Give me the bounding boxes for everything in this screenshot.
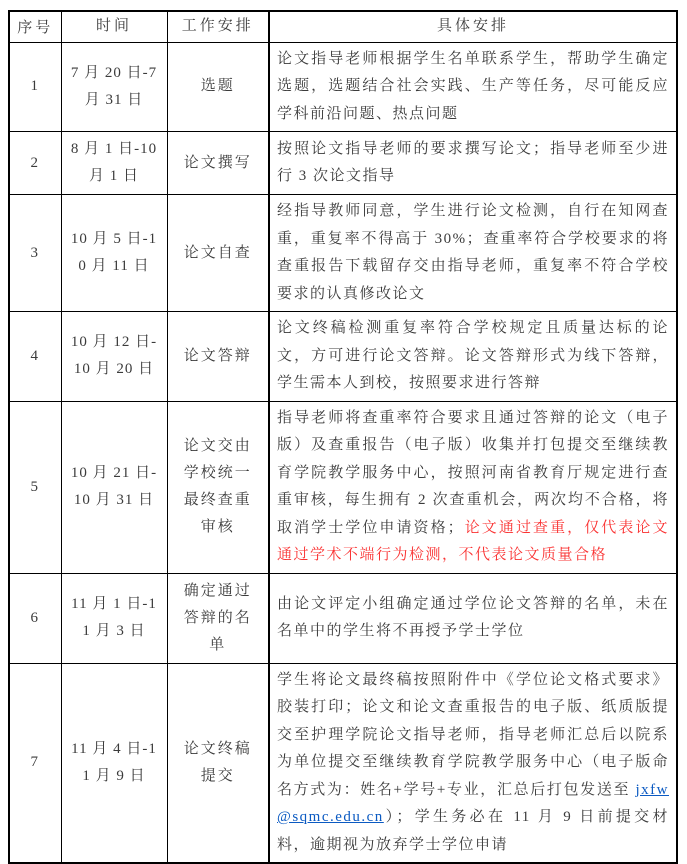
schedule-table: 序号 时间 工作安排 具体安排 17 月 20 日-7 月 31 日选题论文指导… [8,10,678,864]
task-cell: 论文终稿提交 [167,663,269,863]
row-number-cell-text: 5 [31,479,41,495]
time-cell: 10 月 21 日-10 月 31 日 [61,401,167,573]
row-number-cell-text: 1 [31,78,41,94]
task-cell-text: 论文交由学校统一最终查重审核 [184,438,252,535]
detail-cell: 按照论文指导老师的要求撰写论文；指导老师至少进行 3 次论文指导 [269,132,677,195]
task-cell-text: 论文撰写 [184,155,252,171]
col-header-no: 序号 [9,11,61,42]
detail-cell: 学生将论文最终稿按照附件中《学位论文格式要求》胶装打印；论文和论文查重报告的电子… [269,663,677,863]
row-number-cell-text: 7 [31,754,41,770]
time-cell-text: 11 月 1 日-11 月 3 日 [71,596,157,639]
row-number-cell: 4 [9,312,61,402]
task-cell: 确定通过答辩的名单 [167,573,269,663]
table-row: 17 月 20 日-7 月 31 日选题论文指导老师根据学生名单联系学生，帮助学… [9,42,677,132]
table-row: 310 月 5 日-10 月 11 日论文自查经指导教师同意，学生进行论文检测，… [9,195,677,312]
col-header-time: 时间 [61,11,167,42]
table-row: 410 月 12 日-10 月 20 日论文答辩论文终稿检测重复率符合学校规定且… [9,312,677,402]
table-row: 28 月 1 日-10 月 1 日论文撰写按照论文指导老师的要求撰写论文；指导老… [9,132,677,195]
header-row: 序号 时间 工作安排 具体安排 [9,11,677,42]
document-page: 序号 时间 工作安排 具体安排 17 月 20 日-7 月 31 日选题论文指导… [0,0,687,787]
row-number-cell: 1 [9,42,61,132]
time-cell-text: 11 月 4 日-11 月 9 日 [71,741,157,784]
detail-cell: 论文终稿检测重复率符合学校规定且质量达标的论文，方可进行论文答辩。论文答辩形式为… [269,312,677,402]
detail-text: 学生将论文最终稿按照附件中《学位论文格式要求》胶装打印；论文和论文查重报告的电子… [277,672,669,798]
time-cell: 7 月 20 日-7 月 31 日 [61,42,167,132]
task-cell: 选题 [167,42,269,132]
detail-text: 经指导教师同意，学生进行论文检测，自行在知网查重，重复率不得高于 30%；查重率… [277,203,669,302]
col-header-detail: 具体安排 [269,11,677,42]
table-row: 611 月 1 日-11 月 3 日确定通过答辩的名单由论文评定小组确定通过学位… [9,573,677,663]
task-cell: 论文交由学校统一最终查重审核 [167,401,269,573]
time-cell-text: 10 月 21 日-10 月 31 日 [71,465,157,508]
task-cell-text: 论文答辩 [184,348,252,364]
col-header-task: 工作安排 [167,11,269,42]
time-cell: 10 月 12 日-10 月 20 日 [61,312,167,402]
row-number-cell-text: 3 [31,245,41,261]
row-number-cell-text: 4 [31,348,41,364]
table-row: 711 月 4 日-11 月 9 日论文终稿提交学生将论文最终稿按照附件中《学位… [9,663,677,863]
task-cell: 论文自查 [167,195,269,312]
detail-cell: 论文指导老师根据学生名单联系学生，帮助学生确定选题，选题结合社会实践、生产等任务… [269,42,677,132]
table-row: 510 月 21 日-10 月 31 日论文交由学校统一最终查重审核指导老师将查… [9,401,677,573]
time-cell: 11 月 4 日-11 月 9 日 [61,663,167,863]
task-cell-text: 论文终稿提交 [184,741,252,784]
detail-text: 指导老师将查重率符合要求且通过答辩的论文（电子版）及查重报告（电子版）收集并打包… [277,410,669,536]
task-cell-text: 确定通过答辩的名单 [184,583,252,653]
time-cell: 8 月 1 日-10 月 1 日 [61,132,167,195]
detail-text: 论文终稿检测重复率符合学校规定且质量达标的论文，方可进行论文答辩。论文答辩形式为… [277,320,669,391]
row-number-cell: 5 [9,401,61,573]
row-number-cell: 7 [9,663,61,863]
time-cell-text: 10 月 12 日-10 月 20 日 [71,334,157,377]
time-cell-text: 10 月 5 日-10 月 11 日 [71,231,157,274]
detail-cell: 经指导教师同意，学生进行论文检测，自行在知网查重，重复率不得高于 30%；查重率… [269,195,677,312]
task-cell: 论文答辩 [167,312,269,402]
detail-cell: 指导老师将查重率符合要求且通过答辩的论文（电子版）及查重报告（电子版）收集并打包… [269,401,677,573]
row-number-cell: 2 [9,132,61,195]
time-cell: 11 月 1 日-11 月 3 日 [61,573,167,663]
row-number-cell: 6 [9,573,61,663]
schedule-table-body: 17 月 20 日-7 月 31 日选题论文指导老师根据学生名单联系学生，帮助学… [9,42,677,863]
time-cell-text: 8 月 1 日-10 月 1 日 [71,141,157,184]
row-number-cell-text: 2 [31,155,41,171]
task-cell-text: 论文自查 [184,245,252,261]
row-number-cell: 3 [9,195,61,312]
detail-cell: 由论文评定小组确定通过学位论文答辩的名单，未在名单中的学生将不再授予学士学位 [269,573,677,663]
task-cell: 论文撰写 [167,132,269,195]
row-number-cell-text: 6 [31,610,41,626]
detail-text: 按照论文指导老师的要求撰写论文；指导老师至少进行 3 次论文指导 [277,141,669,185]
detail-text: 论文指导老师根据学生名单联系学生，帮助学生确定选题，选题结合社会实践、生产等任务… [277,51,669,122]
detail-text: 由论文评定小组确定通过学位论文答辩的名单，未在名单中的学生将不再授予学士学位 [277,596,669,640]
time-cell: 10 月 5 日-10 月 11 日 [61,195,167,312]
task-cell-text: 选题 [201,78,235,94]
time-cell-text: 7 月 20 日-7 月 31 日 [71,65,157,108]
